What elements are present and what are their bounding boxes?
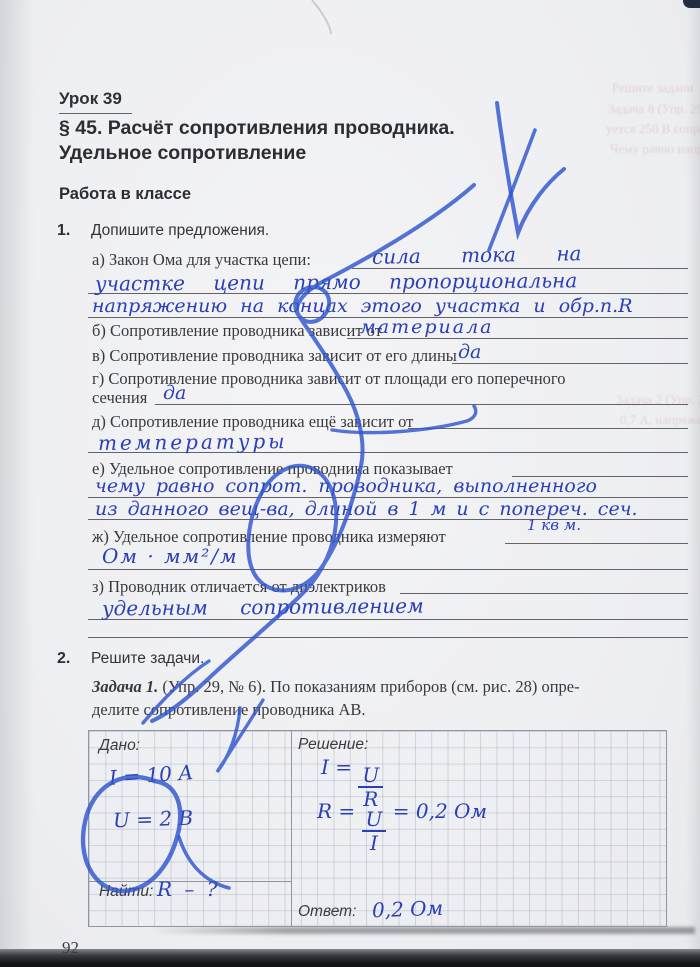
handwriting-a-1: сила тока на [372,241,582,269]
reshenie-label: Решение: [298,736,368,754]
answer-line [88,569,688,570]
handwriting-v: да [458,341,481,363]
handwriting-a-2: участке цепи прямо пропорциональна [95,268,577,295]
dano-label: Дано: [99,737,140,755]
workbook-page: Решите задани Задача 8 (Упр. 29, № уется… [0,0,700,967]
answer-line [408,428,688,429]
handwriting-formula-2: R = UI = 0,2 Ом [317,799,487,853]
answer-line [400,593,688,594]
exercise-2-prompt: Решите задачи. [91,650,204,668]
handwriting-b: материала [360,316,494,338]
problem-1-text-line1: (Упр. 29, № 6). По показаниям приборов (… [162,677,579,696]
answer-line [155,404,688,405]
item-a-printed: а) Закон Ома для участка цепи: [92,250,311,270]
bleedthrough-text: 0,7 А, напряжени [620,412,700,428]
faint-pencil-mark [312,0,331,34]
handwriting-e-1: чему равно сопрот. проводника, выполненн… [95,475,597,497]
answer-line [347,338,688,339]
scan-edge-left [0,0,34,967]
bleedthrough-text: Чему равно напряжени [610,141,700,157]
problem-1-title: Задача 1. [92,677,158,696]
bleedthrough-text: Задача 2 (Упр. 29, № 5) [616,392,700,408]
bleedthrough-text: Задача 8 (Упр. 29, № [608,101,700,117]
handwriting-zh: Ом · мм²/м [102,544,239,568]
bleedthrough-text: уется 250 В сопротивлени [606,121,700,137]
otvet-label: Ответ: [298,903,356,921]
exercise-1-number: 1. [57,222,70,240]
naiti-label: Найти: [99,883,153,901]
handwriting-e-3: 1 кв м. [527,516,581,534]
corner-mark [683,0,700,8]
bleedthrough-text: Решите задани [612,80,694,96]
page-number: 92 [62,938,79,958]
lesson-label: Урок 39 [59,89,132,114]
handwriting-find: R – ? [157,877,218,901]
handwriting-g: да [163,382,186,404]
paragraph-title-line1: § 45. Расчёт сопротивления проводника. [59,117,455,140]
table-column-divider [291,731,292,926]
scan-shadow-streak [150,927,695,934]
item-b-printed: б) Сопротивление проводника зависит от [92,321,382,341]
exercise-1-prompt: Допишите предложения. [91,222,269,240]
handwriting-given-voltage: U = 2 В [113,806,194,833]
item-g-printed-line2: сечения [92,388,147,408]
problem-1-text-line2: делите сопротивление проводника АВ. [92,700,366,720]
handwriting-z: удельным сопротивлением [102,594,424,621]
section-title: Работа в классе [59,185,191,204]
solution-table: Дано: Решение: Найти: Ответ: I = 10 А U … [88,730,667,927]
handwriting-answer: 0,2 Ом [372,896,444,922]
handwriting-d: температуры [98,429,288,455]
answer-line [88,637,688,638]
paragraph-title-line2: Удельное сопротивление [59,142,306,165]
handwriting-a-3: напряжению на концах этого участка и обр… [92,295,633,317]
page-bottom-edge [0,949,700,967]
exercise-2-number: 2. [57,650,70,668]
handwriting-given-current: I = 10 А [108,760,194,790]
item-v-printed: в) Сопротивление проводника зависит от е… [92,346,457,366]
answer-line [505,543,688,544]
answer-line [452,363,688,364]
